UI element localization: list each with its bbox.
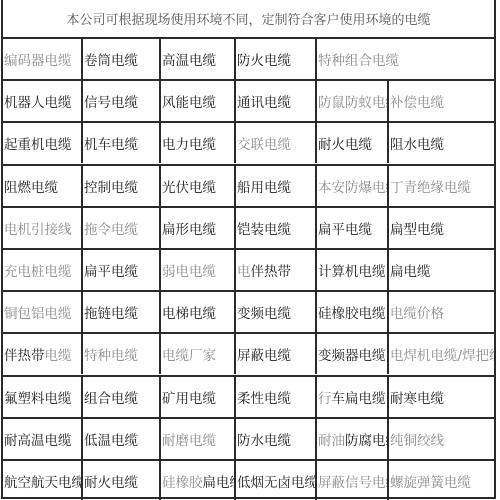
cable-link-cell[interactable]: 耐油防腐电缆 [315,419,387,459]
table-row: 航空航天电缆耐火电缆硅橡胶扁电缆低烟无卤电缆屏蔽信号电缆螺旋弹簧电缆 [3,459,494,500]
cable-link-cell[interactable]: 耐高温电缆 [3,419,81,459]
cable-link-cell[interactable]: 电力电缆 [159,123,234,163]
cable-link-cell[interactable]: 柔性电缆 [234,377,315,417]
cable-link-text[interactable]: 编码器电缆 [4,49,72,69]
table-row: 机器人电缆信号电缆风能电缆通讯电缆防鼠防蚁电缆补偿电缆 [3,79,494,121]
cable-link-text[interactable]: 扁形电缆 [162,218,216,238]
cable-link-cell[interactable]: 电缆厂家 [159,334,234,374]
cable-link-text[interactable]: 耐磨电缆 [162,429,216,449]
cable-link-cell[interactable]: 本安防爆电缆 [315,166,387,206]
cable-link-cell[interactable]: 风能电缆 [159,81,234,121]
cable-link-text[interactable]: 纯铜绞线 [390,429,444,449]
cable-link-text[interactable]: 补偿电缆 [390,91,444,111]
cable-link-text[interactable]: 柔性电缆 [237,387,291,407]
cable-link-cell[interactable]: 纯铜绞线 [387,419,494,459]
cable-link-cell[interactable]: 机车电缆 [81,123,159,163]
cable-link-text[interactable]: 阻燃电缆 [4,176,58,196]
cable-link-text[interactable]: 机器人电缆 [4,91,72,111]
cable-link-cell[interactable]: 拖链电缆 [81,292,159,332]
cable-link-text[interactable]: 矿用电缆 [162,387,216,407]
cable-link-cell[interactable]: 电缆价格 [387,292,494,332]
cable-link-cell[interactable]: 控制电缆 [81,166,159,206]
cable-link-cell[interactable]: 硅橡胶扁电缆 [159,461,234,500]
cable-link-text[interactable]: 特种组合电缆 [318,49,399,69]
cable-link-cell[interactable]: 扁型电缆 [387,208,494,248]
cable-link-text[interactable]: 高温电缆 [162,49,216,69]
cable-link-cell[interactable]: 低烟无卤电缆 [234,461,315,500]
cable-link-text[interactable]: 防水电缆 [237,429,291,449]
cable-link-text[interactable]: 耐寒电缆 [390,387,444,407]
cable-link-cell[interactable]: 行车扁电缆 [315,377,387,417]
cable-link-text[interactable]: 硅橡胶电缆 [318,302,386,322]
cable-link-cell[interactable]: 防火电缆 [234,39,315,79]
cable-link-cell[interactable]: 高温电缆 [159,39,234,79]
cable-link-cell[interactable]: 耐磨电缆 [159,419,234,459]
cable-link-cell[interactable]: 扁平电缆 [81,250,159,290]
cable-link-text[interactable]: 变频器电缆 [318,344,386,364]
cable-link-cell[interactable]: 机器人电缆 [3,81,81,121]
table-row: 起重机电缆机车电缆电力电缆交联电缆耐火电缆阻水电缆 [3,121,494,163]
cable-link-text[interactable]: 特种电缆 [84,344,138,364]
cable-link-text[interactable]: 通讯电缆 [237,91,291,111]
cable-link-cell[interactable]: 铜包铝电缆 [3,292,81,332]
cable-link-text[interactable]: 低温电缆 [84,429,138,449]
cable-link-text[interactable]: 行 [318,387,332,407]
cable-link-text[interactable]: 计算机电缆 [318,260,386,280]
table-row: 电机引接线拖令电缆扁形电缆铠装电缆扁平电缆扁型电缆 [3,206,494,248]
cable-link-text[interactable]: 控制电缆 [84,176,138,196]
cable-link-cell[interactable]: 低温电缆 [81,419,159,459]
table-row: 氟塑料电缆组合电缆矿用电缆柔性电缆行车扁电缆耐寒电缆 [3,375,494,417]
cable-link-text[interactable]: 耐火电缆 [318,133,372,153]
cable-link-text[interactable]: 扁电缆 [203,471,235,491]
cable-link-cell[interactable]: 交联电缆 [234,123,315,163]
cable-link-text[interactable]: 阻水电缆 [390,133,444,153]
cable-link-cell[interactable]: 弱电电缆 [159,250,234,290]
cable-link-text[interactable]: 弱电电缆 [162,260,216,280]
table-row: 编码器电缆卷筒电缆高温电缆防火电缆特种组合电缆 [3,37,494,79]
cable-link-cell[interactable]: 耐火电缆 [315,123,387,163]
cable-link-cell[interactable]: 屏蔽信号电缆 [315,461,387,500]
cable-link-cell[interactable]: 耐火电缆 [81,461,159,500]
cable-link-text[interactable]: 伴热带 [251,260,292,280]
cable-link-cell[interactable]: 起重机电缆 [3,123,81,163]
cable-link-text[interactable]: 扁型电缆 [390,218,444,238]
cable-link-cell[interactable]: 补偿电缆 [387,81,494,121]
cable-link-text[interactable]: 充电桩电缆 [4,260,72,280]
cable-link-text[interactable]: 卷筒电缆 [84,49,138,69]
cable-link-text[interactable]: 硅橡胶 [162,471,203,491]
cable-link-cell[interactable]: 扁形电缆 [159,208,234,248]
cable-link-cell[interactable]: 变频电缆 [234,292,315,332]
cable-link-cell[interactable]: 电伴热带 [234,250,315,290]
cable-link-cell[interactable]: 特种电缆 [81,334,159,374]
cable-link-text[interactable]: 扁平电缆 [318,218,372,238]
cable-link-text[interactable]: 起重机电缆 [4,133,72,153]
table-row: 伴热带电缆特种电缆电缆厂家屏蔽电缆变频器电缆电焊机电缆/焊把线 [3,332,494,374]
cable-link-cell[interactable]: 信号电缆 [81,81,159,121]
cable-link-cell[interactable]: 编码器电缆 [3,39,81,79]
cable-link-cell[interactable]: 卷筒电缆 [81,39,159,79]
cable-link-cell[interactable]: 丁青绝缘电缆 [387,166,494,206]
cable-link-cell[interactable]: 电机引接线 [3,208,81,248]
cable-link-cell[interactable]: 螺旋弹簧电缆 [387,461,494,500]
cable-link-cell[interactable]: 扁电缆 [387,250,494,290]
table-row: 充电桩电缆扁平电缆弱电电缆电伴热带计算机电缆扁电缆 [3,248,494,290]
cable-link-text[interactable]: 防鼠防蚁电缆 [318,91,387,111]
cable-link-text[interactable]: 拖链电缆 [84,302,138,322]
cable-link-text[interactable]: 耐高温电缆 [4,429,72,449]
cable-link-cell[interactable]: 阻燃电缆 [3,166,81,206]
cable-link-cell[interactable]: 防鼠防蚁电缆 [315,81,387,121]
cable-link-text[interactable]: 铠装电缆 [237,218,291,238]
cable-link-cell[interactable]: 光伏电缆 [159,166,234,206]
cable-link-text[interactable]: 丁青绝缘电缆 [390,176,471,196]
cable-link-text[interactable]: 信号电缆 [84,91,138,111]
cable-link-cell[interactable]: 耐寒电缆 [387,377,494,417]
cable-link-text[interactable]: 扁电缆 [390,260,431,280]
cable-link-text[interactable]: 光伏电缆 [162,176,216,196]
cable-link-text[interactable]: 屏蔽电缆 [237,344,291,364]
cable-link-text[interactable]: 铜包铝电缆 [4,302,72,322]
cable-link-text[interactable]: 风能电缆 [162,91,216,111]
cable-link-text[interactable]: 电梯电缆 [162,302,216,322]
cable-link-cell[interactable]: 电梯电缆 [159,292,234,332]
cable-link-text[interactable]: 防腐电缆 [345,429,387,449]
cable-link-text[interactable]: 伴热带 [4,344,45,364]
cable-link-text[interactable]: 拖令电缆 [84,218,138,238]
cable-link-text[interactable]: 防火电缆 [237,49,291,69]
cable-link-cell[interactable]: 电焊机电缆/焊把线 [387,334,494,374]
cable-link-text[interactable]: 电焊机电缆/焊把线 [390,344,494,364]
cable-link-text[interactable]: 电缆厂家 [162,344,216,364]
cable-link-cell[interactable]: 阻水电缆 [387,123,494,163]
cable-link-cell[interactable]: 扁平电缆 [315,208,387,248]
cable-link-cell[interactable]: 通讯电缆 [234,81,315,121]
cable-link-text[interactable]: 电力电缆 [162,133,216,153]
cable-link-cell[interactable]: 变频器电缆 [315,334,387,374]
table-header-title: 本公司可根据现场使用环境不同，定制符合客户使用环境的电缆 [3,0,494,37]
cable-link-cell[interactable]: 氟塑料电缆 [3,377,81,417]
cable-link-text[interactable]: 航空航天电缆 [4,471,81,491]
cable-link-text[interactable]: 耐火电缆 [84,471,138,491]
cable-link-text[interactable]: 电缆 [45,344,72,364]
cable-link-cell[interactable]: 硅橡胶电缆 [315,292,387,332]
cable-link-cell[interactable]: 伴热带电缆 [3,334,81,374]
cable-link-cell[interactable]: 组合电缆 [81,377,159,417]
cable-link-text[interactable]: 本安防爆电缆 [318,176,387,196]
cable-link-text[interactable]: 交联电缆 [237,133,291,153]
cable-link-text[interactable]: 螺旋弹簧电缆 [390,471,471,491]
cable-link-text[interactable]: 耐油 [318,429,345,449]
cable-link-text[interactable]: 扁平电缆 [84,260,138,280]
cable-link-cell[interactable]: 航空航天电缆 [3,461,81,500]
cable-link-text[interactable]: 组合电缆 [84,387,138,407]
cable-link-cell[interactable]: 铠装电缆 [234,208,315,248]
cable-link-cell[interactable]: 特种组合电缆 [315,39,494,79]
cable-link-text[interactable]: 电机引接线 [4,218,72,238]
cable-link-cell[interactable]: 充电桩电缆 [3,250,81,290]
table-row: 阻燃电缆控制电缆光伏电缆船用电缆本安防爆电缆丁青绝缘电缆 [3,164,494,206]
cable-link-text[interactable]: 机车电缆 [84,133,138,153]
cable-link-cell[interactable]: 屏蔽电缆 [234,334,315,374]
cable-link-cell[interactable]: 矿用电缆 [159,377,234,417]
cable-link-text[interactable]: 船用电缆 [237,176,291,196]
cable-link-text[interactable]: 变频电缆 [237,302,291,322]
cable-link-cell[interactable]: 船用电缆 [234,166,315,206]
cable-link-cell[interactable]: 计算机电缆 [315,250,387,290]
table-row: 铜包铝电缆拖链电缆电梯电缆变频电缆硅橡胶电缆电缆价格 [3,290,494,332]
cable-link-cell[interactable]: 防水电缆 [234,419,315,459]
cable-link-text[interactable]: 车扁电缆 [332,387,386,407]
cable-category-table: 本公司可根据现场使用环境不同，定制符合客户使用环境的电缆 编码器电缆卷筒电缆高温… [1,0,496,499]
cable-link-text[interactable]: 电缆价格 [390,302,444,322]
cable-link-text[interactable]: 低烟无卤电缆 [237,471,315,491]
cable-link-text[interactable]: 氟塑料电缆 [4,387,72,407]
cable-link-text[interactable]: 电 [237,260,251,280]
cable-link-cell[interactable]: 拖令电缆 [81,208,159,248]
cable-link-text[interactable]: 屏蔽信号电缆 [318,471,387,491]
table-row: 耐高温电缆低温电缆耐磨电缆防水电缆耐油防腐电缆纯铜绞线 [3,417,494,459]
